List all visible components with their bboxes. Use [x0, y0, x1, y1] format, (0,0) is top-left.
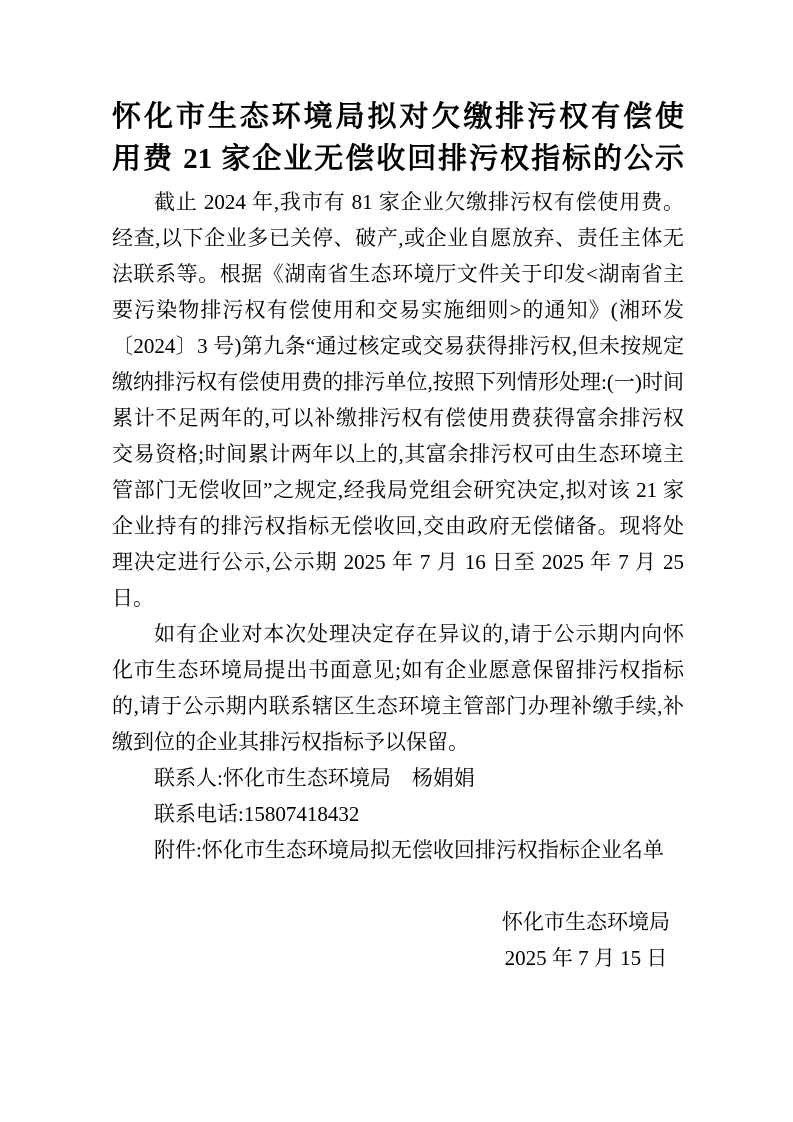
- signature-org: 怀化市生态环境局: [502, 904, 670, 940]
- title-line-2: 用费 21 家企业无偿收回排污权指标的公示: [112, 138, 684, 180]
- contact-person-line: 联系人:怀化市生态环境局 杨娟娟: [112, 760, 684, 796]
- signature-block: 怀化市生态环境局 2025 年 7 月 15 日: [502, 904, 670, 976]
- attachment-line: 附件:怀化市生态环境局拟无偿收回排污权指标企业名单: [112, 832, 684, 868]
- paragraph-objection-instructions: 如有企业对本次处理决定存在异议的,请于公示期内向怀化市生态环境局提出书面意见;如…: [112, 616, 684, 760]
- document-body: 截止 2024 年,我市有 81 家企业欠缴排污权有偿使用费。经查,以下企业多已…: [112, 184, 684, 976]
- contact-phone-line: 联系电话:15807418432: [112, 796, 684, 832]
- paragraph-intro-decision: 截止 2024 年,我市有 81 家企业欠缴排污权有偿使用费。经查,以下企业多已…: [112, 184, 684, 616]
- signature-date: 2025 年 7 月 15 日: [502, 940, 670, 976]
- document-title: 怀化市生态环境局拟对欠缴排污权有偿使 用费 21 家企业无偿收回排污权指标的公示: [112, 96, 684, 180]
- title-line-1: 怀化市生态环境局拟对欠缴排污权有偿使: [112, 96, 684, 138]
- document-page: 怀化市生态环境局拟对欠缴排污权有偿使 用费 21 家企业无偿收回排污权指标的公示…: [0, 0, 793, 1122]
